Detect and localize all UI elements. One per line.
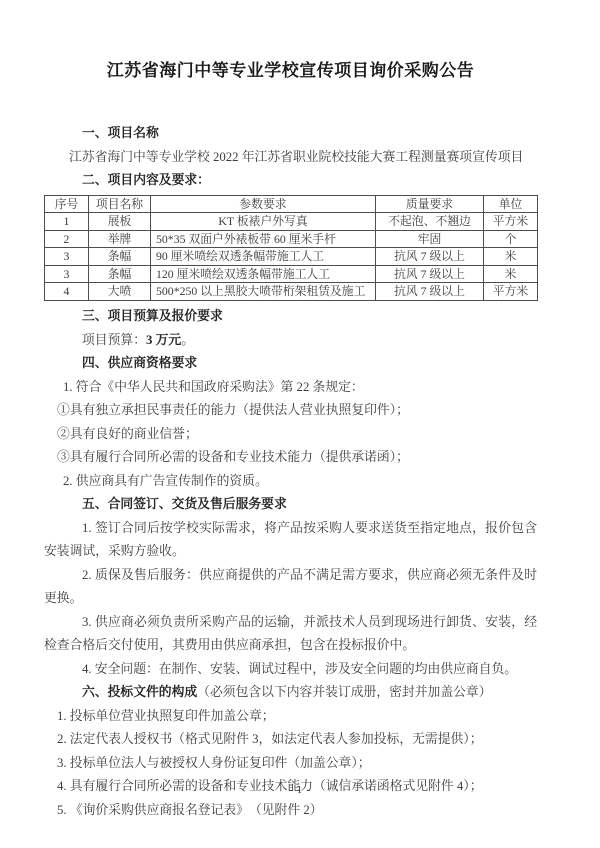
section-5-item-4: 4. 安全问题：在制作、安装、调试过程中，涉及安全问题的均由供应商自负。 — [44, 658, 537, 682]
document-content: 江苏省海门中等专业学校宣传项目询价采购公告 一、项目名称 江苏省海门中等专业学校… — [44, 0, 537, 822]
cell-unit: 平方米 — [484, 283, 538, 301]
cell-quality: 不起泡、不翘边 — [376, 213, 484, 231]
document-page: 江苏省海门中等专业学校宣传项目询价采购公告 一、项目名称 江苏省海门中等专业学校… — [0, 0, 600, 848]
cell-item-name: 举牌 — [89, 230, 151, 248]
table-header-item-name: 项目名称 — [89, 195, 151, 213]
table-header-quality: 质量要求 — [376, 195, 484, 213]
section-4-item-1: 1. 符合《中华人民共和国政府采购法》第 22 条规定： — [44, 376, 537, 400]
section-4-heading: 四、供应商资格要求 — [44, 352, 537, 376]
section-3-heading: 三、项目预算及报价要求 — [44, 305, 537, 329]
cell-quality: 抗风 7 级以上 — [376, 283, 484, 301]
cell-unit: 米 — [484, 248, 538, 266]
cell-unit: 平方米 — [484, 213, 538, 231]
section-6-heading-note: （必须包含以下内容并装订成册，密封并加盖公章） — [197, 685, 491, 699]
table-header-row: 序号 项目名称 参数要求 质量要求 单位 — [45, 195, 538, 213]
cell-seq: 1 — [45, 213, 89, 231]
section-2-heading: 二、项目内容及要求： — [44, 169, 537, 193]
cell-unit: 个 — [484, 230, 538, 248]
budget-value: 3 万元 — [146, 333, 181, 347]
section-6-item-2: 2. 法定代表人授权书（格式见附件 3，如法定代表人参加投标，无需提供）； — [44, 728, 537, 752]
table-row: 4 大喷 500*250 以上黑胶大喷带桁架租赁及施工 抗风 7 级以上 平方米 — [45, 283, 538, 301]
cell-item-name: 条幅 — [89, 265, 151, 283]
cell-seq: 3 — [45, 265, 89, 283]
cell-quality: 抗风 7 级以上 — [376, 265, 484, 283]
section-6-heading-title: 六、投标文件的构成 — [82, 685, 197, 699]
cell-unit: 米 — [484, 265, 538, 283]
cell-seq: 3 — [45, 248, 89, 266]
section-1-heading: 一、项目名称 — [44, 122, 537, 146]
document-title: 江苏省海门中等专业学校宣传项目询价采购公告 — [44, 0, 537, 82]
table-header-unit: 单位 — [484, 195, 538, 213]
table-row: 2 举牌 50*35 双面户外裱板带 60 厘米手杆 牢固 个 — [45, 230, 538, 248]
section-4-subitem-3: ③具有履行合同所必需的设备和专业技术能力（提供承诺函）； — [44, 446, 537, 470]
section-6-item-3: 3. 投标单位法人与被授权人身份证复印件（加盖公章）； — [44, 752, 537, 776]
section-5-item-3: 3. 供应商必须负责所采购产品的运输，并派技术人员到现场进行卸货、安装，经检查合… — [44, 611, 537, 658]
section-6-item-5: 5. 《询价采购供应商报名登记表》 （见附件 2） — [44, 799, 537, 823]
cell-item-name: 大喷 — [89, 283, 151, 301]
cell-parameters: 50*35 双面户外裱板带 60 厘米手杆 — [151, 230, 376, 248]
cell-parameters: 120 厘米喷绘双透条幅带施工人工 — [151, 265, 376, 283]
project-name-paragraph: 江苏省海门中等专业学校 2022 年江苏省职业院校技能大赛工程测量赛项宣传项目 — [44, 146, 537, 170]
cell-parameters: 90 厘米喷绘双透条幅带施工人工 — [151, 248, 376, 266]
section-6-item-1: 1. 投标单位营业执照复印件加盖公章； — [44, 705, 537, 729]
section-5-item-2: 2. 质保及售后服务：供应商提供的产品不满足需方要求，供应商必须无条件及时更换。 — [44, 564, 537, 611]
cell-quality: 抗风 7 级以上 — [376, 248, 484, 266]
budget-label: 项目预算： — [82, 333, 146, 347]
project-items-table: 序号 项目名称 参数要求 质量要求 单位 1 展板 KT 板裱户外写真 不起泡、… — [44, 195, 538, 302]
page-number: - 1 - — [0, 785, 600, 796]
budget-line: 项目预算：3 万元。 — [44, 329, 537, 353]
cell-item-name: 条幅 — [89, 248, 151, 266]
title-spacer — [44, 82, 537, 122]
cell-quality: 牢固 — [376, 230, 484, 248]
cell-parameters: KT 板裱户外写真 — [151, 213, 376, 231]
cell-parameters: 500*250 以上黑胶大喷带桁架租赁及施工 — [151, 283, 376, 301]
section-4-item-2: 2. 供应商具有广告宣传制作的资质。 — [44, 470, 537, 494]
cell-seq: 4 — [45, 283, 89, 301]
section-6-heading: 六、投标文件的构成（必须包含以下内容并装订成册，密封并加盖公章） — [44, 681, 537, 705]
budget-suffix: 。 — [181, 333, 194, 347]
table-row: 1 展板 KT 板裱户外写真 不起泡、不翘边 平方米 — [45, 213, 538, 231]
cell-item-name: 展板 — [89, 213, 151, 231]
section-5-heading: 五、合同签订、交货及售后服务要求 — [44, 493, 537, 517]
section-4-subitem-2: ②具有良好的商业信誉； — [44, 423, 537, 447]
table-row: 3 条幅 120 厘米喷绘双透条幅带施工人工 抗风 7 级以上 米 — [45, 265, 538, 283]
table-header-parameters: 参数要求 — [151, 195, 376, 213]
table-header-seq: 序号 — [45, 195, 89, 213]
cell-seq: 2 — [45, 230, 89, 248]
table-row: 3 条幅 90 厘米喷绘双透条幅带施工人工 抗风 7 级以上 米 — [45, 248, 538, 266]
section-5-item-1: 1. 签订合同后按学校实际需求，将产品按采购人要求送货至指定地点，报价包含安装调… — [44, 517, 537, 564]
section-4-subitem-1: ①具有独立承担民事责任的能力（提供法人营业执照复印件）； — [44, 399, 537, 423]
